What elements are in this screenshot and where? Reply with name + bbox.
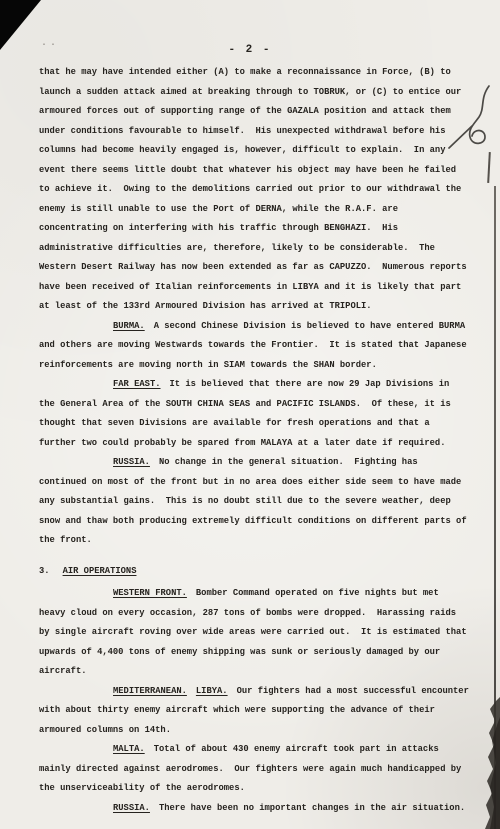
scanned-document-page: ·· - 2 - that he may have intended eithe… bbox=[0, 0, 500, 829]
handwritten-scribble-mark bbox=[444, 82, 498, 156]
pencil-tick-mark bbox=[487, 152, 490, 183]
paragraph-text: There have been no important changes in … bbox=[159, 803, 465, 813]
paragraph-subheading: LIBYA. bbox=[196, 686, 228, 696]
corner-fold-mark bbox=[0, 0, 41, 50]
paragraph-heading: BURMA. bbox=[113, 321, 145, 331]
paragraph-malta: MALTA.Total of about 430 enemy aircraft … bbox=[39, 740, 469, 799]
page-number: - 2 - bbox=[0, 44, 500, 56]
section-heading-air-operations: 3.AIR OPERATIONS bbox=[39, 562, 469, 582]
paragraph-text: Total of about 430 enemy aircraft took p… bbox=[39, 744, 467, 793]
paragraph-text: Bomber Command operated on five nights b… bbox=[39, 588, 472, 676]
paragraph-far-east: FAR EAST.It is believed that there are n… bbox=[39, 375, 469, 453]
paragraph-burma: BURMA.A second Chinese Division is belie… bbox=[39, 317, 469, 376]
page-edge-smudge bbox=[484, 697, 500, 829]
section-title: AIR OPERATIONS bbox=[63, 566, 137, 576]
section-number: 3. bbox=[39, 566, 50, 576]
speck-marks: ·· bbox=[41, 40, 59, 51]
paragraph-russia: RUSSIA.No change in the general situatio… bbox=[39, 453, 469, 551]
paragraph-text: It is believed that there are now 29 Jap… bbox=[39, 379, 456, 448]
paragraph-heading: MEDITERRANEAN. bbox=[113, 686, 187, 696]
paragraph-libya-situation: that he may have intended either (A) to … bbox=[39, 63, 469, 317]
document-body: that he may have intended either (A) to … bbox=[39, 63, 469, 818]
paragraph-russia-air: RUSSIA.There have been no important chan… bbox=[39, 799, 469, 819]
paragraph-text: that he may have intended either (A) to … bbox=[39, 67, 472, 311]
paragraph-text: A second Chinese Division is believed to… bbox=[39, 321, 472, 370]
paragraph-heading: RUSSIA. bbox=[113, 803, 150, 813]
paragraph-text: No change in the general situation. Figh… bbox=[39, 457, 472, 545]
paragraph-heading: MALTA. bbox=[113, 744, 145, 754]
paragraph-heading: RUSSIA. bbox=[113, 457, 150, 467]
paragraph-heading: WESTERN FRONT. bbox=[113, 588, 187, 598]
paragraph-heading: FAR EAST. bbox=[113, 379, 161, 389]
paragraph-mediterranean-libya: MEDITERRANEAN.LIBYA.Our fighters had a m… bbox=[39, 682, 469, 741]
paragraph-text: Our fighters had a most successful encou… bbox=[39, 686, 474, 735]
paragraph-western-front: WESTERN FRONT.Bomber Command operated on… bbox=[39, 584, 469, 682]
